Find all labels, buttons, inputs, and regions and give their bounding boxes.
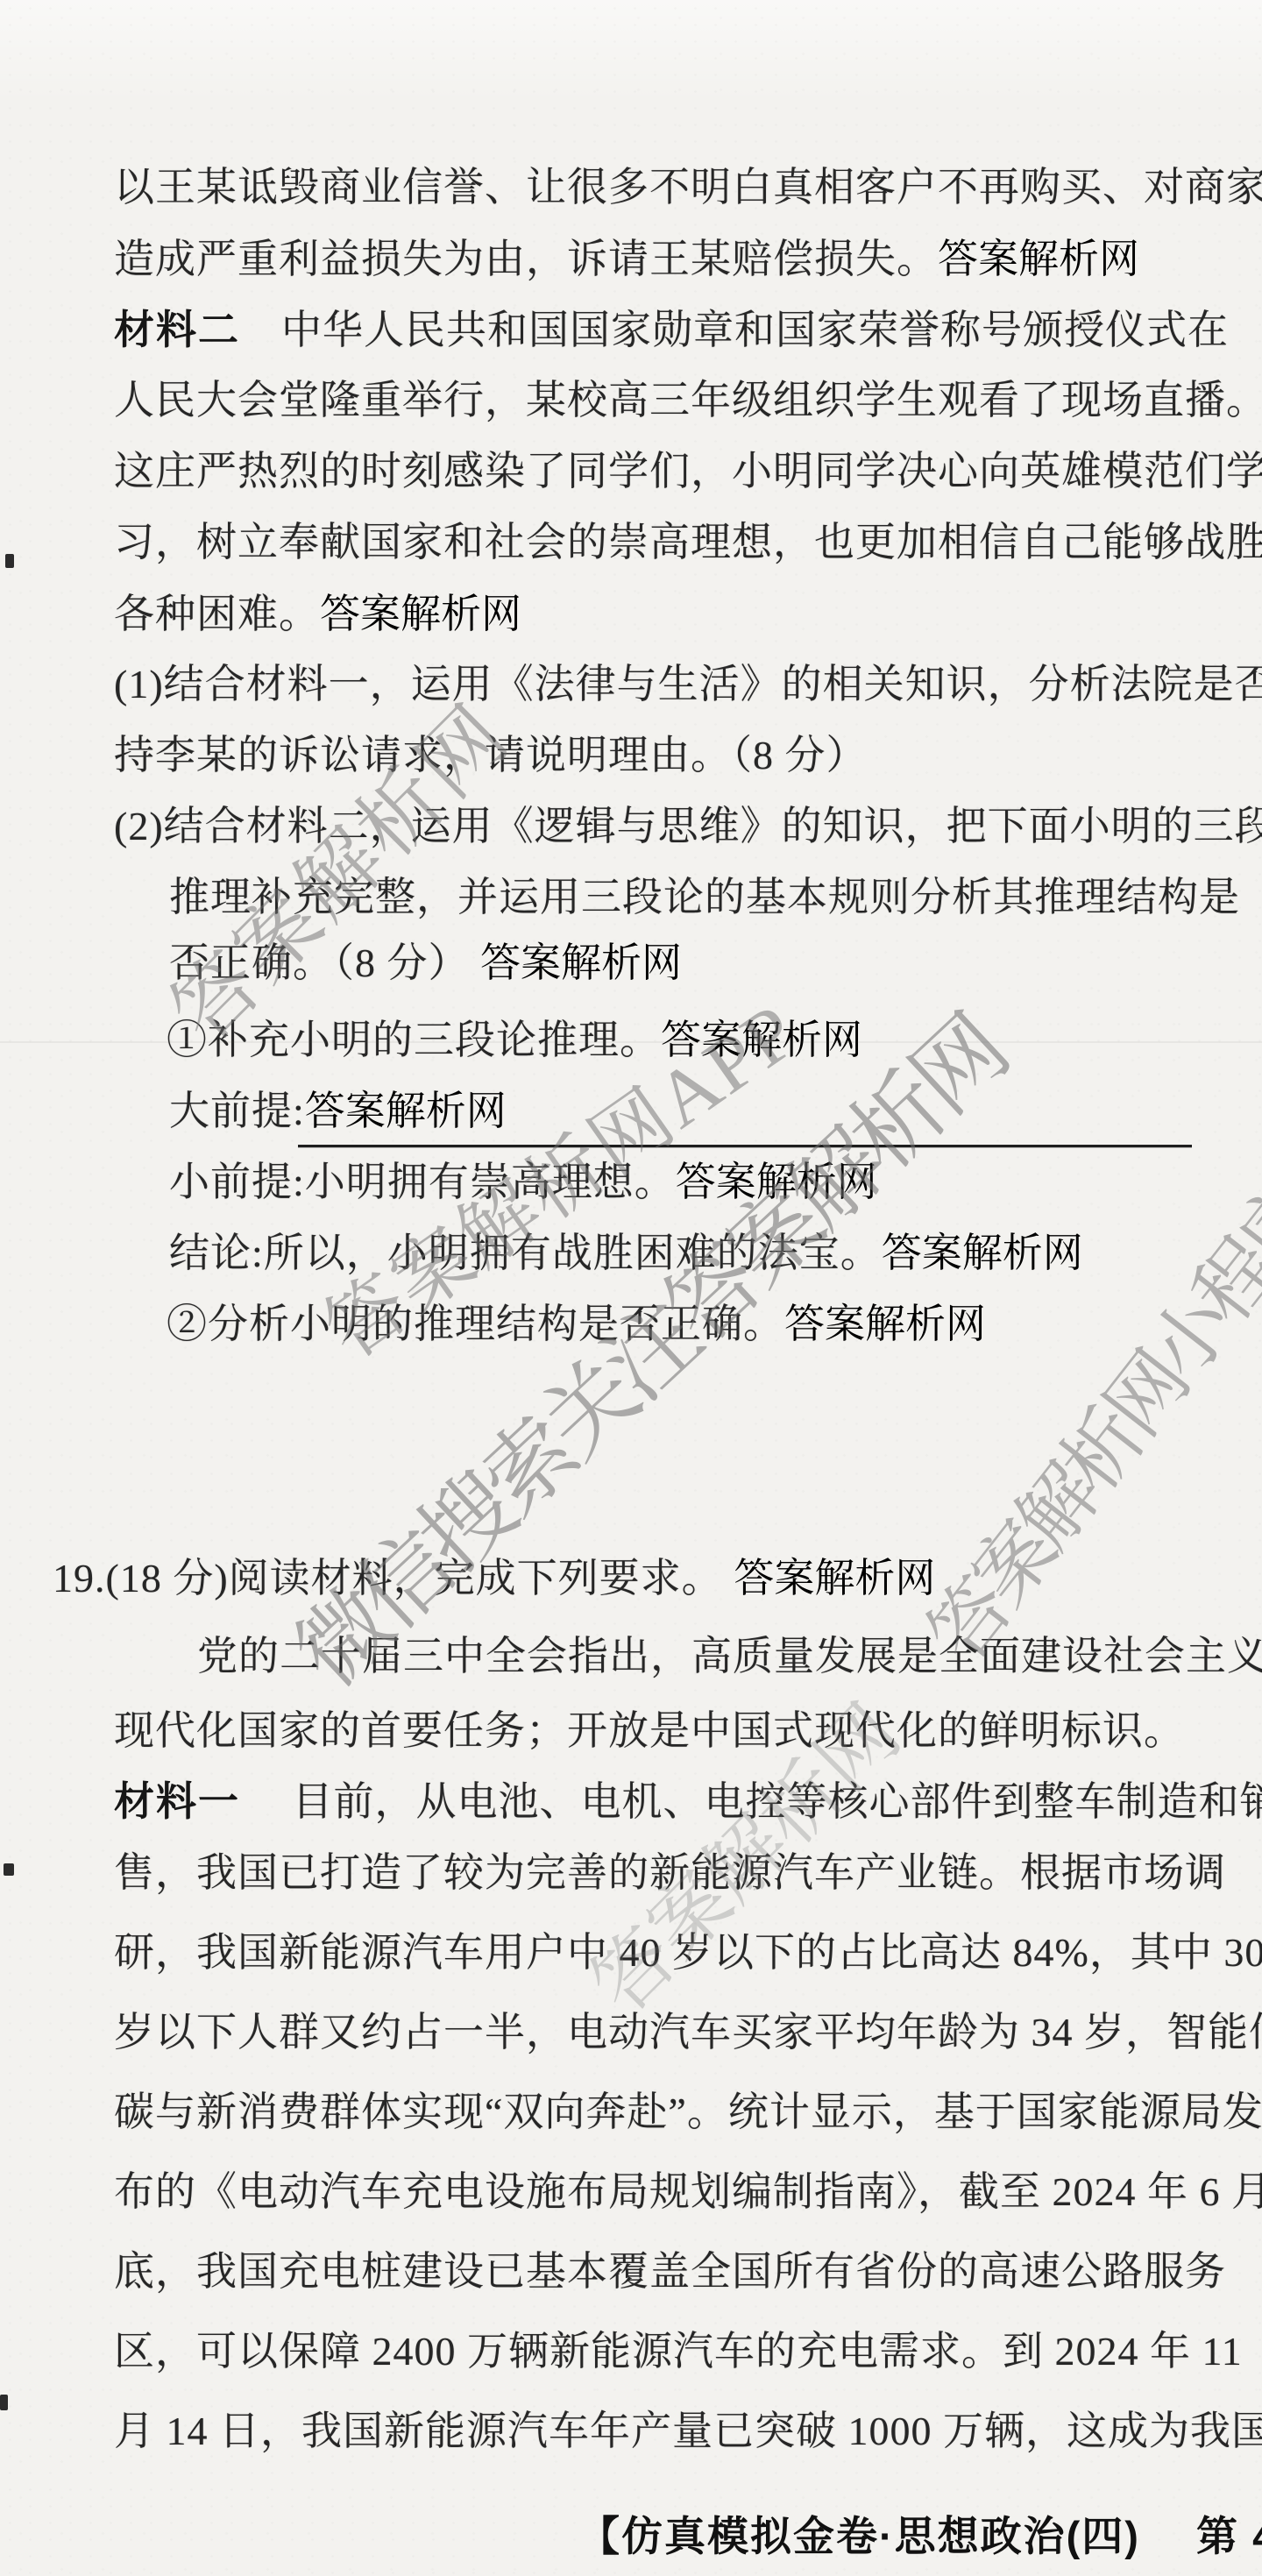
body-text: 岁以下人群又约占一半，电动汽车买家平均年龄为 34 岁，智能低 (114, 2010, 1262, 2054)
body-text: 售，我国已打造了较为完善的新能源汽车产业链。根据市场调 (114, 1850, 1226, 1895)
text-line: 碳与新消费群体实现“双向奔赴”。统计显示，基于国家能源局发 (114, 2083, 1262, 2141)
text-line: 布的《电动汽车充电设施布局规划编制指南》，截至 2024 年 6 月 (114, 2163, 1262, 2221)
body-text: 目前，从电池、电机、电控等核心部件到整车制造和销 (240, 1779, 1262, 1824)
text-line: 月 14 日，我国新能源汽车年产量已突破 1000 万辆，这成为我国 (114, 2402, 1262, 2460)
text-line: 底，我国充电桩建设已基本覆盖全国所有省份的高速公路服务 (114, 2243, 1226, 2301)
text-line: (1)结合材料一，运用《法律与生活》的相关知识，分析法院是否支 (114, 656, 1262, 713)
body-text: (1)结合材料一，运用《法律与生活》的相关知识，分析法院是否支 (114, 662, 1262, 706)
body-text: (2)结合材料二，运用《逻辑与思维》的知识，把下面小明的三段论 (114, 804, 1262, 848)
body-text: 月 14 日，我国新能源汽车年产量已突破 1000 万辆，这成为我国 (114, 2409, 1262, 2453)
scan-speck (5, 554, 14, 568)
text-line: 党的二十届三中全会指出，高质量发展是全面建设社会主义 (197, 1628, 1262, 1685)
body-text: 习，树立奉献国家和社会的崇高理想，也更加相信自己能够战胜 (114, 520, 1262, 564)
body-text: 造成严重利益损失为由，诉请王某赔偿损失。 (114, 237, 938, 281)
body-text: 人民大会堂隆重举行，某校高三年级组织学生观看了现场直播。 (114, 378, 1262, 422)
text-line: 结论:所以，小明拥有战胜困难的法宝。答案解析网 (169, 1224, 1083, 1282)
body-text: 这庄严热烈的时刻感染了同学们，小明同学决心向英雄模范们学 (114, 449, 1262, 493)
text-line: 造成严重利益损失为由，诉请王某赔偿损失。答案解析网 (114, 230, 1139, 288)
overlay-net-text: 答案解析网 (784, 1301, 986, 1346)
bold-label: 材料二 (114, 307, 240, 352)
text-line: 材料二 中华人民共和国国家勋章和国家荣誉称号颁授仪式在 (114, 301, 1229, 359)
overlay-net-text: 答案解析网 (661, 1017, 862, 1062)
body-text: ①补充小明的三段论推理。 (167, 1018, 661, 1062)
body-text: 否正确。（8 分） (169, 940, 480, 985)
body-text: 各种困难。 (114, 592, 320, 636)
overlay-net-text: 答案解析网 (676, 1159, 877, 1204)
body-text: 区，可以保障 2400 万辆新能源汽车的充电需求。到 2024 年 11 (114, 2329, 1243, 2374)
text-line: 区，可以保障 2400 万辆新能源汽车的充电需求。到 2024 年 11 (114, 2323, 1243, 2381)
body-text: 布的《电动汽车充电设施布局规划编制指南》，截至 2024 年 6 月 (114, 2169, 1262, 2214)
scanned-exam-page: 以王某诋毁商业信誉、让很多不明白真相客户不再购买、对商家造成严重利益损失为由，诉… (0, 0, 1262, 2576)
body-text: 以王某诋毁商业信誉、让很多不明白真相客户不再购买、对商家 (114, 165, 1262, 209)
body-text: ②分析小明的推理结构是否正确。 (167, 1302, 784, 1346)
text-line: 19.(18 分)阅读材料，完成下列要求。 答案解析网 (53, 1549, 935, 1607)
text-line: ①补充小明的三段论推理。答案解析网 (167, 1011, 862, 1069)
text-line: 岁以下人群又约占一半，电动汽车买家平均年龄为 34 岁，智能低 (114, 2004, 1262, 2062)
text-line: (2)结合材料二，运用《逻辑与思维》的知识，把下面小明的三段论 (114, 798, 1262, 855)
body-text: 党的二十届三中全会指出，高质量发展是全面建设社会主义 (197, 1634, 1262, 1678)
overlay-net-text: 答案解析网 (320, 591, 521, 636)
text-line: 研，我国新能源汽车用户中 40 岁以下的占比高达 84%，其中 30 (114, 1924, 1262, 1982)
body-text: 中华人民共和国国家勋章和国家荣誉称号颁授仪式在 (240, 308, 1229, 352)
text-line: 人民大会堂隆重举行，某校高三年级组织学生观看了现场直播。 (114, 372, 1262, 429)
page-footer: 【仿真模拟金卷·思想政治(四) 第 4 页 (578, 2504, 1262, 2563)
text-line: 这庄严热烈的时刻感染了同学们，小明同学决心向英雄模范们学 (114, 443, 1262, 500)
body-text: 底，我国充电桩建设已基本覆盖全国所有省份的高速公路服务 (114, 2249, 1226, 2294)
text-line: 小前提:小明拥有崇高理想。答案解析网 (169, 1153, 877, 1211)
body-text: 小前提:小明拥有崇高理想。 (169, 1160, 676, 1204)
body-text: 结论:所以，小明拥有战胜困难的法宝。 (169, 1231, 882, 1275)
body-text: 碳与新消费群体实现“双向奔赴”。统计显示，基于国家能源局发 (114, 2090, 1262, 2134)
overlay-net-text: 答案解析网 (480, 940, 682, 985)
body-text: 持李某的诉讼请求，请说明理由。（8 分） (114, 733, 868, 777)
overlay-net-text: 答案解析网 (938, 236, 1139, 281)
text-line: 各种困难。答案解析网 (114, 585, 521, 643)
body-text: 推理补充完整，并运用三段论的基本规则分析其推理结构是 (169, 875, 1240, 919)
body-text: 19.(18 分)阅读材料，完成下列要求。 (53, 1556, 723, 1600)
text-line: 推理补充完整，并运用三段论的基本规则分析其推理结构是 (169, 869, 1240, 926)
overlay-net-text: 答案解析网 (882, 1230, 1083, 1275)
text-line: 以王某诋毁商业信誉、让很多不明白真相客户不再购买、对商家 (114, 159, 1262, 216)
text-line: 售，我国已打造了较为完善的新能源汽车产业链。根据市场调 (114, 1844, 1226, 1902)
bold-label: 材料一 (114, 1778, 240, 1824)
scan-speck (0, 2395, 8, 2410)
scan-crease-line (0, 1041, 1262, 1043)
answer-blank-underline (298, 1145, 1192, 1147)
text-line: 大前提:答案解析网 (169, 1082, 507, 1140)
text-line: 否正确。（8 分） 答案解析网 (169, 933, 682, 992)
text-line: 持李某的诉讼请求，请说明理由。（8 分） (114, 727, 868, 784)
text-line: 现代化国家的首要任务；开放是中国式现代化的鲜明标识。 (114, 1702, 1185, 1760)
text-line: 习，树立奉献国家和社会的崇高理想，也更加相信自己能够战胜 (114, 514, 1262, 571)
text-line: ②分析小明的推理结构是否正确。答案解析网 (167, 1295, 986, 1353)
body-text: 现代化国家的首要任务；开放是中国式现代化的鲜明标识。 (114, 1708, 1185, 1753)
scan-speck (4, 1863, 14, 1876)
overlay-net-text: 答案解析网 (723, 1555, 936, 1600)
text-line: 材料一 目前，从电池、电机、电控等核心部件到整车制造和销 (114, 1772, 1262, 1831)
overlay-net-text: 答案解析网 (305, 1088, 507, 1133)
body-text: 研，我国新能源汽车用户中 40 岁以下的占比高达 84%，其中 30 (114, 1930, 1262, 1975)
body-text: 大前提: (169, 1089, 305, 1133)
